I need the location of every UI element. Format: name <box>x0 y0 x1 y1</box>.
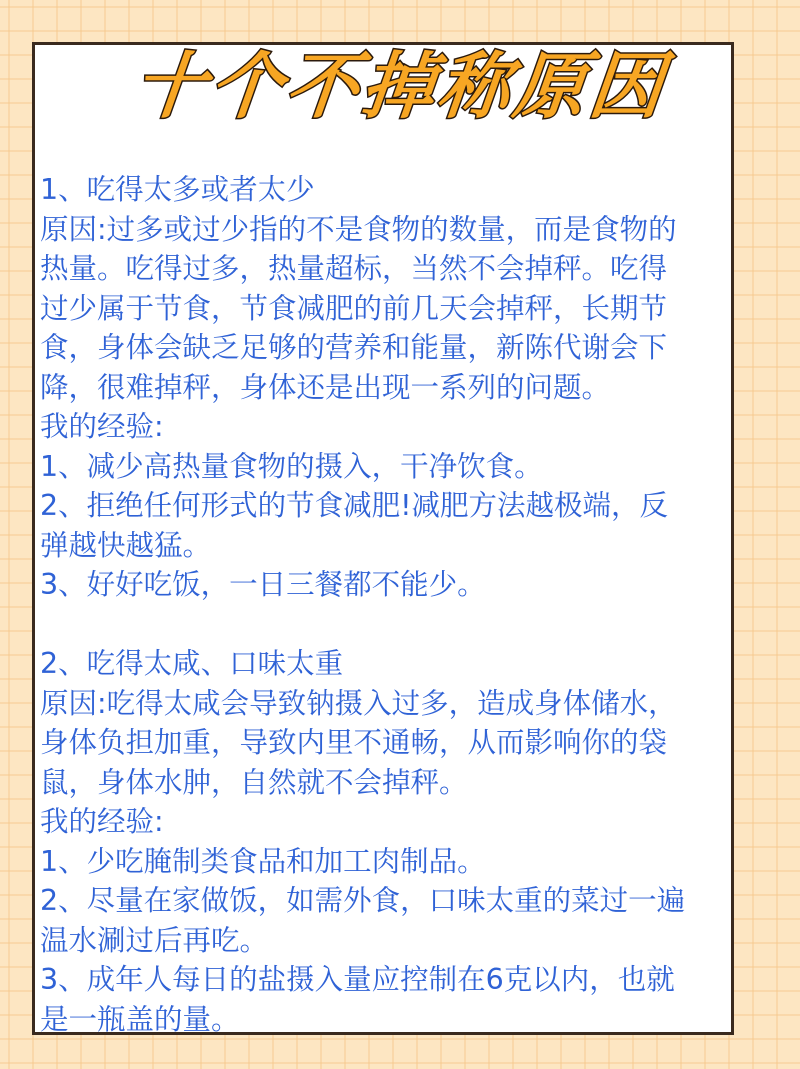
experience-line: 3、成年人每日的盐摄入量应控制在6克以内，也就 <box>40 960 740 1000</box>
reason-line: 鼠，身体水肿，自然就不会掉秤。 <box>40 763 740 803</box>
reason-line: 过少属于节食，节食减肥的前几天会掉秤，长期节 <box>40 289 740 329</box>
experience-line: 弹越快越猛。 <box>40 526 740 566</box>
reason-line: 降，很难掉秤，身体还是出现一系列的问题。 <box>40 368 740 408</box>
reason-line: 食，身体会缺乏足够的营养和能量，新陈代谢会下 <box>40 328 740 368</box>
experience-label: 我的经验: <box>40 407 740 447</box>
section-heading: 2、吃得太咸、口味太重 <box>40 644 740 684</box>
reason-line: 原因:过多或过少指的不是食物的数量，而是食物的 <box>40 210 740 250</box>
section-1: 1、吃得太多或者太少 原因:过多或过少指的不是食物的数量，而是食物的 热量。吃得… <box>40 170 740 605</box>
section-2: 2、吃得太咸、口味太重 原因:吃得太咸会导致钠摄入过多，造成身体储水， 身体负担… <box>40 644 740 1039</box>
experience-line: 温水涮过后再吃。 <box>40 921 740 961</box>
section-spacer <box>40 605 740 645</box>
experience-line: 2、尽量在家做饭，如需外食，口味太重的菜过一遍 <box>40 881 740 921</box>
reason-line: 身体负担加重，导致内里不通畅，从而影响你的袋 <box>40 723 740 763</box>
section-heading: 1、吃得太多或者太少 <box>40 170 740 210</box>
experience-label: 我的经验: <box>40 802 740 842</box>
reason-line: 热量。吃得过多，热量超标，当然不会掉秤。吃得 <box>40 249 740 289</box>
experience-line: 1、减少高热量食物的摄入，干净饮食。 <box>40 447 740 487</box>
page-title: 十个不掉称原因 <box>0 50 800 122</box>
experience-line: 2、拒绝任何形式的节食减肥!减肥方法越极端，反 <box>40 486 740 526</box>
experience-line: 3、好好吃饭，一日三餐都不能少。 <box>40 565 740 605</box>
experience-line: 1、少吃腌制类食品和加工肉制品。 <box>40 842 740 882</box>
reason-line: 原因:吃得太咸会导致钠摄入过多，造成身体储水， <box>40 684 740 724</box>
article-body: 1、吃得太多或者太少 原因:过多或过少指的不是食物的数量，而是食物的 热量。吃得… <box>40 170 740 1039</box>
experience-line: 是一瓶盖的量。 <box>40 1000 740 1040</box>
